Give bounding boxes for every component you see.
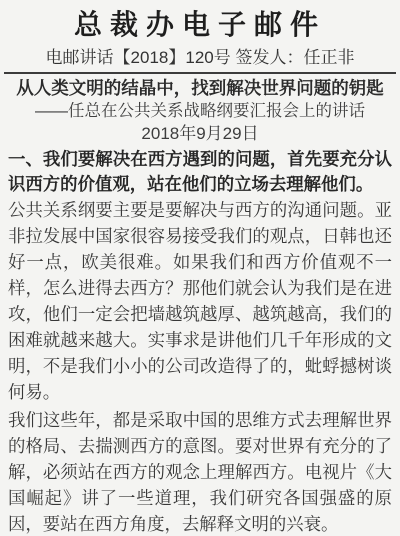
document-subject: 从人类文明的结晶中，找到解决世界问题的钥匙 bbox=[8, 76, 392, 100]
document-date: 2018年9月29日 bbox=[8, 123, 392, 145]
document-meta-line: 电邮讲话【2018】120号 签发人：任正非 bbox=[8, 47, 392, 69]
body-paragraph-1: 公共关系纲要主要是要解决与西方的沟通问题。亚非拉发展中国家很容易接受我们的观点，… bbox=[8, 197, 392, 405]
document-subtitle: ——任总在公共关系战略纲要汇报会上的讲话 bbox=[8, 100, 392, 123]
document-page: 总裁办电子邮件 电邮讲话【2018】120号 签发人：任正非 从人类文明的结晶中… bbox=[0, 0, 400, 536]
document-title: 总裁办电子邮件 bbox=[8, 6, 392, 44]
section-heading: 一、我们要解决在西方遇到的问题，首先要充分认识西方的价值观，站在他们的立场去理解… bbox=[8, 147, 392, 197]
header-divider bbox=[4, 72, 396, 74]
body-paragraph-2: 我们这些年，都是采取中国的思维方式去理解世界的格局、去揣测西方的意图。要对世界有… bbox=[8, 407, 392, 536]
